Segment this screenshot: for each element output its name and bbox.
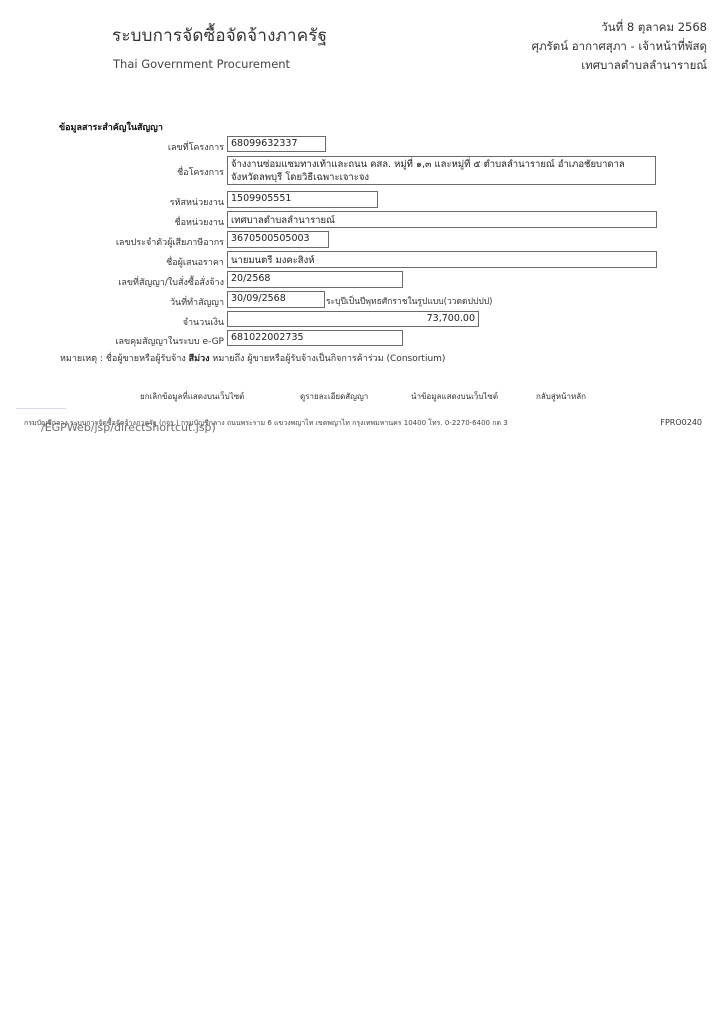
app-subtitle: Thai Government Procurement [113,57,290,71]
date-format-hint: ระบุปีเป็นปีพุทธศักราชในรูปแบบ(ววดดปปปป) [326,294,492,308]
user-name: ศุภรัตน์ อากาศสุภา - เจ้าหน้าที่พัสดุ [532,37,707,56]
page-url: /EGPWeb/jsp/directShortcut.jsp) [41,421,216,434]
app-title: ระบบการจัดซื้อจัดจ้างภาครัฐ [112,22,327,49]
label-contract-date: วันที่ทำสัญญา [170,295,224,309]
note-prefix: หมายเหตุ : ชื่อผู้ขายหรือผู้รับจ้าง [60,354,189,364]
current-date: วันที่ 8 ตุลาคม 2568 [532,18,707,37]
bidder-name-field[interactable]: นายมนตรี มงคะสิงห์ [227,251,657,268]
form-code: FPRO0240 [660,418,702,427]
consortium-note: หมายเหตุ : ชื่อผู้ขายหรือผู้รับจ้าง สีม่… [60,351,445,365]
egp-no-field[interactable]: 681022002735 [227,330,403,346]
agency-name-field[interactable]: เทศบาลตำบลลำนารายณ์ [227,211,657,228]
label-bidder-name: ชื่อผู้เสนอราคา [166,255,224,269]
contract-no-field[interactable]: 20/2568 [227,271,403,288]
tax-id-field[interactable]: 3670500505003 [227,231,329,248]
publish-link[interactable]: นำข้อมูลแสดงบนเว็บไซต์ [411,390,498,403]
label-amount: จำนวนเงิน [183,315,224,329]
project-no-field[interactable]: 68099632337 [227,136,326,152]
header-info: วันที่ 8 ตุลาคม 2568 ศุภรัตน์ อากาศสุภา … [532,18,707,75]
footer-divider [16,408,66,409]
label-project-name: ชื่อโครงการ [177,165,224,179]
label-tax-id: เลขประจำตัวผู้เสียภาษีอากร [116,235,224,249]
label-contract-no: เลขที่สัญญา/ใบสั่งซื้อสั่งจ้าง [118,275,224,289]
note-highlight: สีม่วง [189,354,210,364]
agency-code-field[interactable]: 1509905551 [227,191,378,208]
agency-name: เทศบาลตำบลลำนารายณ์ [532,56,707,75]
label-agency-name: ชื่อหน่วยงาน [174,215,224,229]
view-contract-link[interactable]: ดูรายละเอียดสัญญา [300,390,368,403]
project-name-field[interactable]: จ้างงานซ่อมแซมทางเท้าและถนน คสล. หมู่ที่… [227,156,656,185]
section-title: ข้อมูลสาระสำคัญในสัญญา [59,120,163,134]
label-project-no: เลขที่โครงการ [168,140,224,154]
amount-field[interactable]: 73,700.00 [227,311,479,327]
cancel-publish-link[interactable]: ยกเลิกข้อมูลที่แสดงบนเว็บไซต์ [140,390,244,403]
note-suffix: หมายถึง ผู้ขายหรือผู้รับจ้างเป็นกิจการค้… [210,354,446,364]
label-egp-no: เลขคุมสัญญาในระบบ e-GP [115,334,224,348]
label-agency-code: รหัสหน่วยงาน [170,195,224,209]
back-home-link[interactable]: กลับสู่หน้าหลัก [536,390,586,403]
contract-date-field[interactable]: 30/09/2568 [227,291,325,308]
